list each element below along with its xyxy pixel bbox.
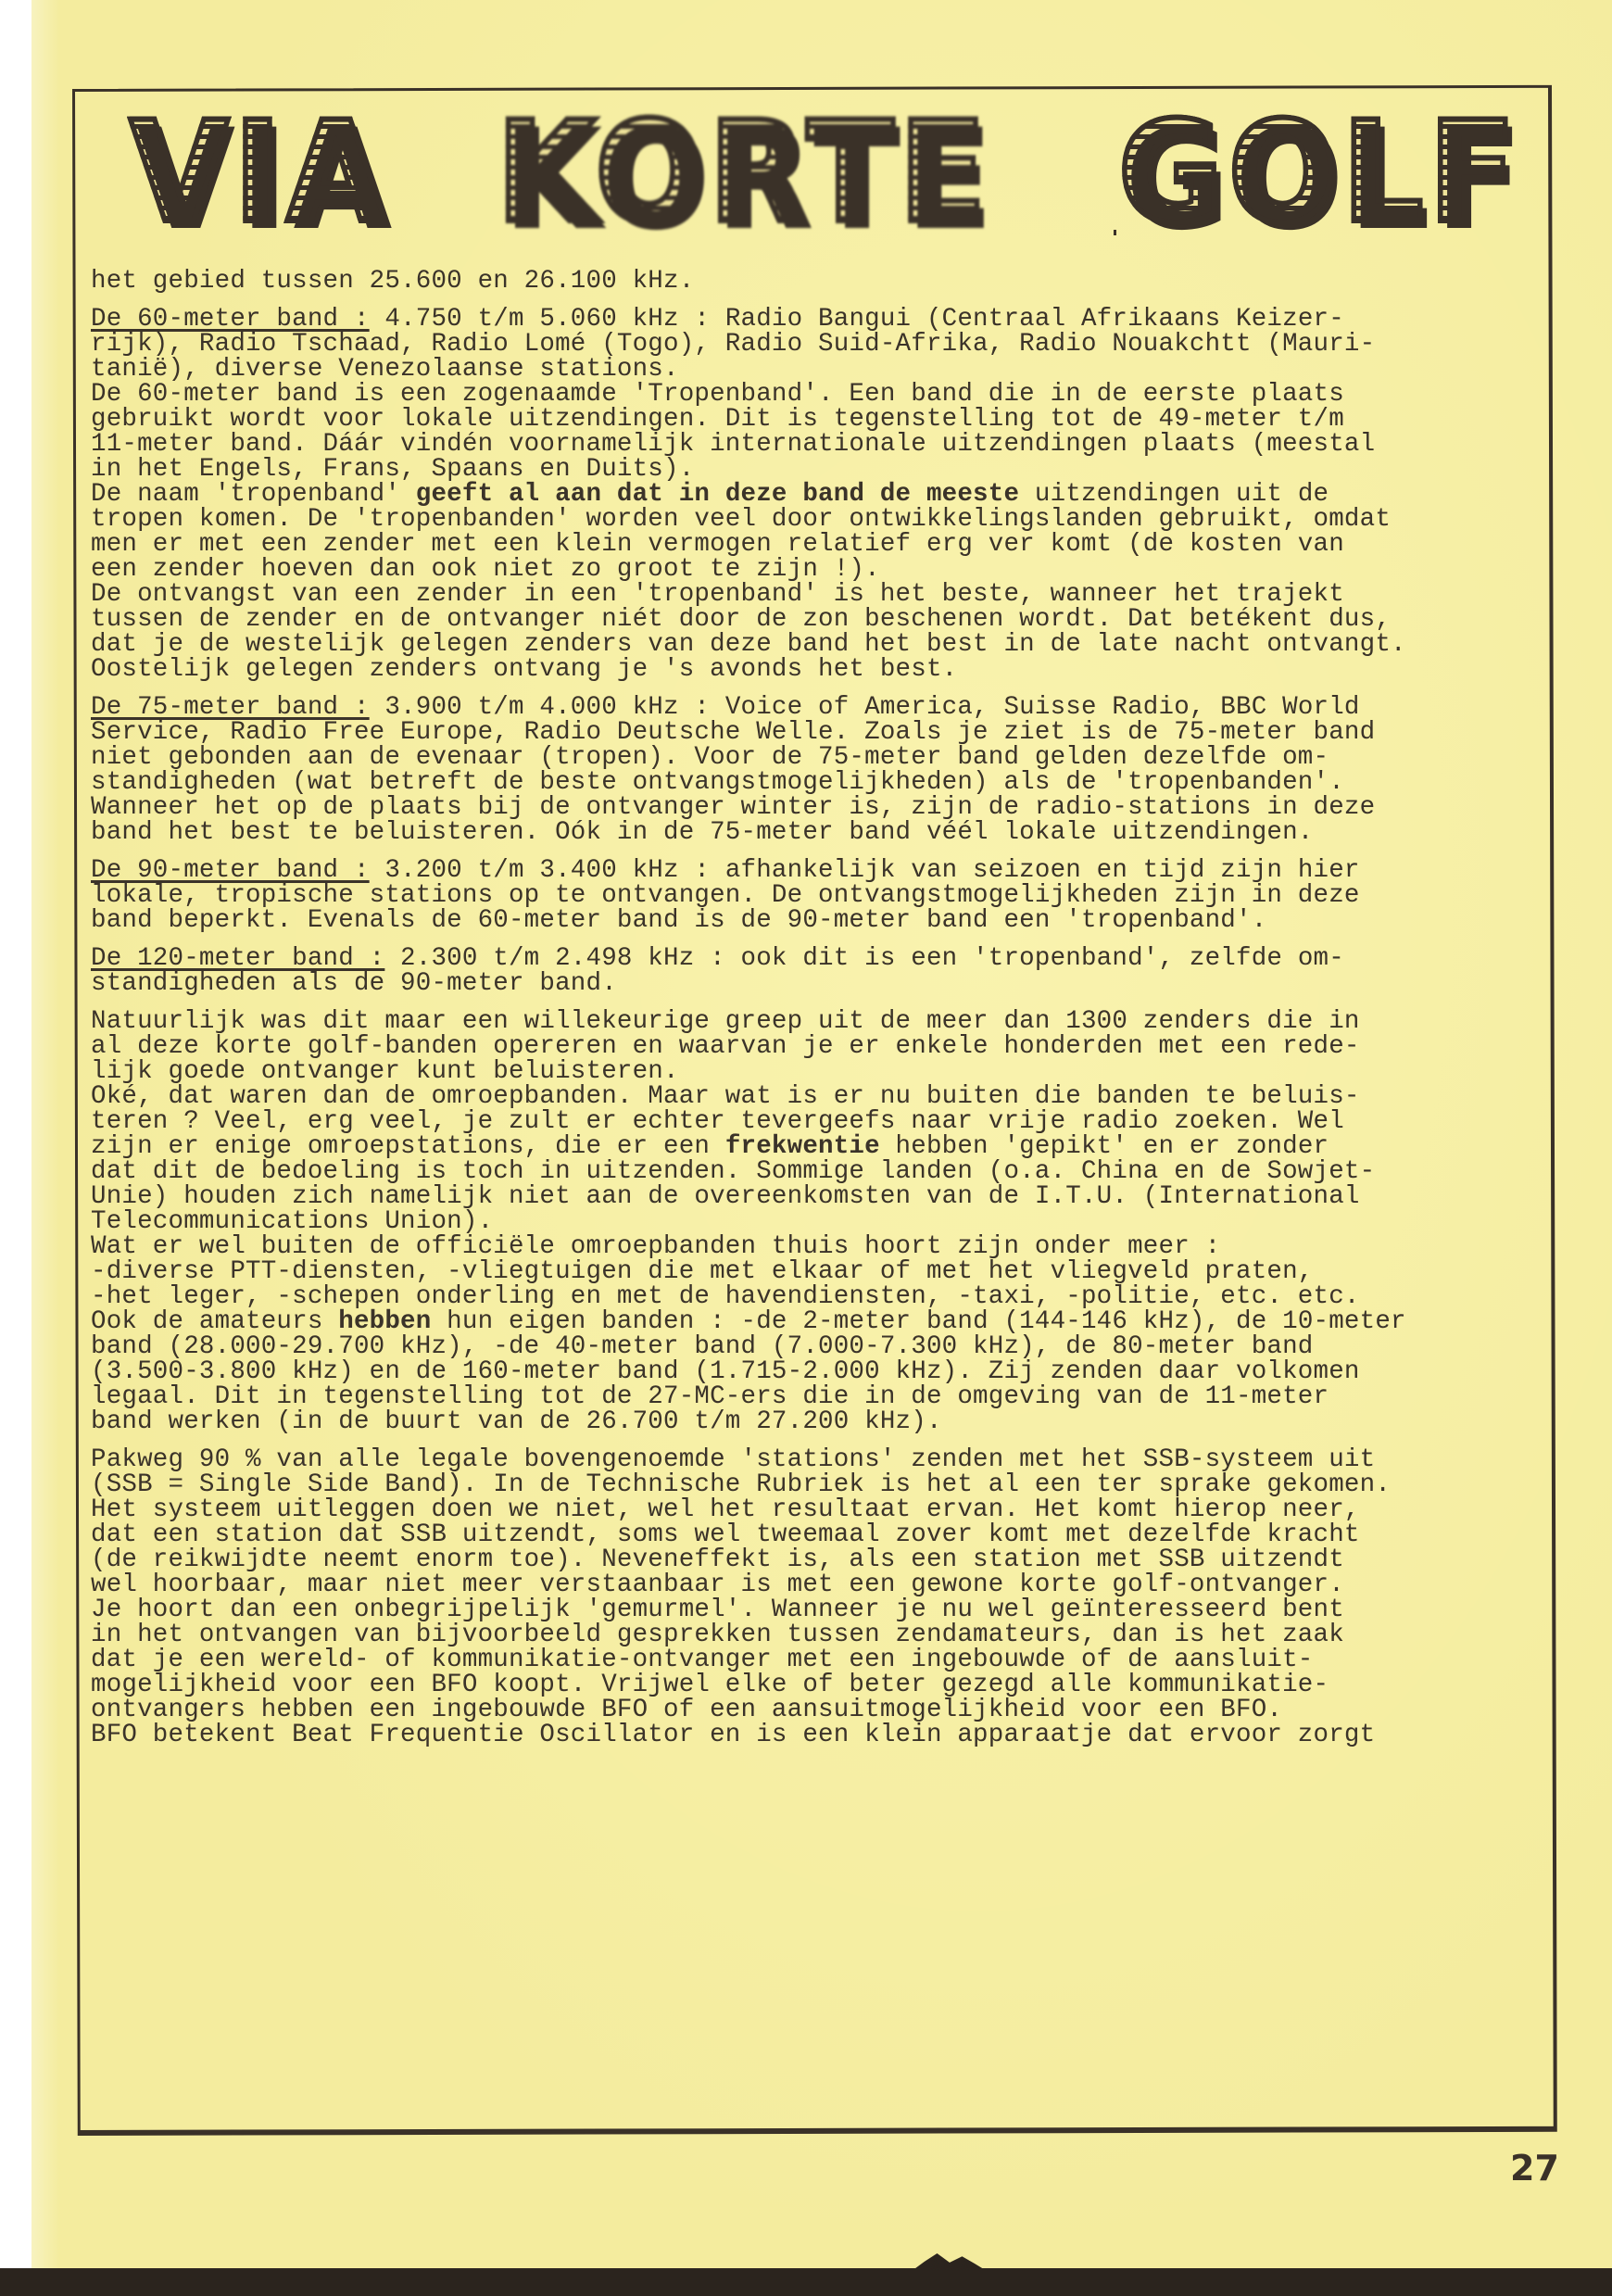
text-line: De naam 'tropenband' geeft al aan dat in… xyxy=(91,482,1555,507)
text-run: band werken (in de buurt van de 26.700 t… xyxy=(91,1407,942,1436)
text-line: band (28.000-29.700 kHz), -de 40-meter b… xyxy=(91,1334,1555,1359)
text-line: (SSB = Single Side Band). In de Technisc… xyxy=(91,1472,1555,1497)
text-line: tanië), diverse Venezolaanse stations. xyxy=(91,357,1555,382)
text-line: (3.500-3.800 kHz) en de 160-meter band (… xyxy=(91,1359,1555,1384)
ink-speck xyxy=(1114,230,1116,235)
text-line: dat dit de bedoeling is toch in uitzende… xyxy=(91,1159,1555,1184)
text-line: standigheden als de 90-meter band. xyxy=(91,971,1555,996)
paragraph: Pakweg 90 % van alle legale bovengenoemd… xyxy=(91,1447,1555,1747)
text-line: band beperkt. Evenals de 60-meter band i… xyxy=(91,908,1555,933)
text-line: lokale, tropische stations op te ontvang… xyxy=(91,883,1555,908)
text-line: een zender hoeven dan ook niet zo groot … xyxy=(91,557,1555,582)
text-line: teren ? Veel, erg veel, je zult er echte… xyxy=(91,1109,1555,1134)
text-line: Oostelijk gelegen zenders ontvang je 's … xyxy=(91,657,1555,682)
text-line: BFO betekent Beat Frequentie Oscillator … xyxy=(91,1722,1555,1747)
title-word: KORTE xyxy=(497,104,991,243)
text-line: De 60-meter band is een zogenaamde 'Trop… xyxy=(91,382,1555,407)
text-line: dat een station dat SSB uitzendt, soms w… xyxy=(91,1522,1555,1547)
text-line: lijk goede ontvanger kunt beluisteren. xyxy=(91,1059,1555,1084)
text-line: tropen komen. De 'tropenbanden' worden v… xyxy=(91,507,1555,532)
text-line: Service, Radio Free Europe, Radio Deutsc… xyxy=(91,720,1555,745)
text-line: ontvangers hebben een ingebouwde BFO of … xyxy=(91,1697,1555,1722)
text-line: rijk), Radio Tschaad, Radio Lomé (Togo),… xyxy=(91,332,1555,357)
article-title: VIA KORTE GOLF xyxy=(130,104,1427,243)
paragraph: De 90-meter band : 3.200 t/m 3.400 kHz :… xyxy=(91,858,1555,933)
text-line: wel hoorbaar, maar niet meer verstaanbaa… xyxy=(91,1572,1555,1597)
text-line: Natuurlijk was dit maar een willekeurige… xyxy=(91,1009,1555,1034)
paragraph: het gebied tussen 25.600 en 26.100 kHz. xyxy=(91,269,1555,294)
title-word: VIA xyxy=(130,104,391,243)
text-line: -diverse PTT-diensten, -vliegtuigen die … xyxy=(91,1259,1555,1284)
scan-edge-shadow xyxy=(0,2268,1612,2296)
text-line: -het leger, -schepen onderling en met de… xyxy=(91,1284,1555,1309)
paragraph: De 75-meter band : 3.900 t/m 4.000 kHz :… xyxy=(91,695,1555,845)
text-run: band beperkt. Evenals de 60-meter band i… xyxy=(91,906,1266,935)
text-line: 11-meter band. Dáár vindén voornamelijk … xyxy=(91,432,1555,457)
text-line: (de reikwijdte neemt enorm toe). Nevenef… xyxy=(91,1547,1555,1572)
title-word: GOLF xyxy=(1118,104,1521,243)
text-line: men er met een zender met een klein verm… xyxy=(91,532,1555,557)
text-line: gebruikt wordt voor lokale uitzendingen.… xyxy=(91,407,1555,432)
page-number: 27 xyxy=(1510,2148,1559,2189)
text-line: Ook de amateurs hebben hun eigen banden … xyxy=(91,1309,1555,1334)
text-line: tussen de zender en de ontvanger niét do… xyxy=(91,607,1555,632)
article-body: het gebied tussen 25.600 en 26.100 kHz.D… xyxy=(91,269,1555,1747)
text-line: in het ontvangen van bijvoorbeeld gespre… xyxy=(91,1622,1555,1647)
text-line: Unie) houden zich namelijk niet aan de o… xyxy=(91,1184,1555,1209)
text-line: band werken (in de buurt van de 26.700 t… xyxy=(91,1409,1555,1434)
text-line: dat je een wereld- of kommunikatie-ontva… xyxy=(91,1647,1555,1672)
text-line: band het best te beluisteren. Oók in de … xyxy=(91,820,1555,845)
text-line: zijn er enige omroepstations, die er een… xyxy=(91,1134,1555,1159)
text-line: De ontvangst van een zender in een 'trop… xyxy=(91,582,1555,607)
text-line: Telecommunications Union). xyxy=(91,1209,1555,1234)
paragraph: De 120-meter band : 2.300 t/m 2.498 kHz … xyxy=(91,946,1555,996)
text-line: in het Engels, Frans, Spaans en Duits). xyxy=(91,457,1555,482)
text-line: niet gebonden aan de evenaar (tropen). V… xyxy=(91,745,1555,770)
text-run: Oostelijk gelegen zenders ontvang je 's … xyxy=(91,655,957,684)
paragraph: De 60-meter band : 4.750 t/m 5.060 kHz :… xyxy=(91,307,1555,682)
text-line: mogelijkheid voor een BFO koopt. Vrijwel… xyxy=(91,1672,1555,1697)
text-line: Wanneer het op de plaats bij de ontvange… xyxy=(91,795,1555,820)
text-line: De 60-meter band : 4.750 t/m 5.060 kHz :… xyxy=(91,307,1555,332)
text-run: het gebied tussen 25.600 en 26.100 kHz. xyxy=(91,267,694,296)
text-line: het gebied tussen 25.600 en 26.100 kHz. xyxy=(91,269,1555,294)
text-line: De 90-meter band : 3.200 t/m 3.400 kHz :… xyxy=(91,858,1555,883)
text-line: Je hoort dan een onbegrijpelijk 'gemurme… xyxy=(91,1597,1555,1622)
text-line: Oké, dat waren dan de omroepbanden. Maar… xyxy=(91,1084,1555,1109)
text-run: standigheden als de 90-meter band. xyxy=(91,969,617,998)
paragraph: Natuurlijk was dit maar een willekeurige… xyxy=(91,1009,1555,1434)
text-run: band het best te beluisteren. Oók in de … xyxy=(91,818,1314,847)
text-run: BFO betekent Beat Frequentie Oscillator … xyxy=(91,1721,1375,1749)
text-line: Het systeem uitleggen doen we niet, wel … xyxy=(91,1497,1555,1522)
text-line: dat je de westelijk gelegen zenders van … xyxy=(91,632,1555,657)
text-line: De 75-meter band : 3.900 t/m 4.000 kHz :… xyxy=(91,695,1555,720)
text-line: standigheden (wat betreft de beste ontva… xyxy=(91,770,1555,795)
text-line: legaal. Dit in tegenstelling tot de 27-M… xyxy=(91,1384,1555,1409)
text-line: Pakweg 90 % van alle legale bovengenoemd… xyxy=(91,1447,1555,1472)
text-line: al deze korte golf-banden opereren en wa… xyxy=(91,1034,1555,1059)
text-line: Wat er wel buiten de officiële omroepban… xyxy=(91,1234,1555,1259)
text-line: De 120-meter band : 2.300 t/m 2.498 kHz … xyxy=(91,946,1555,971)
